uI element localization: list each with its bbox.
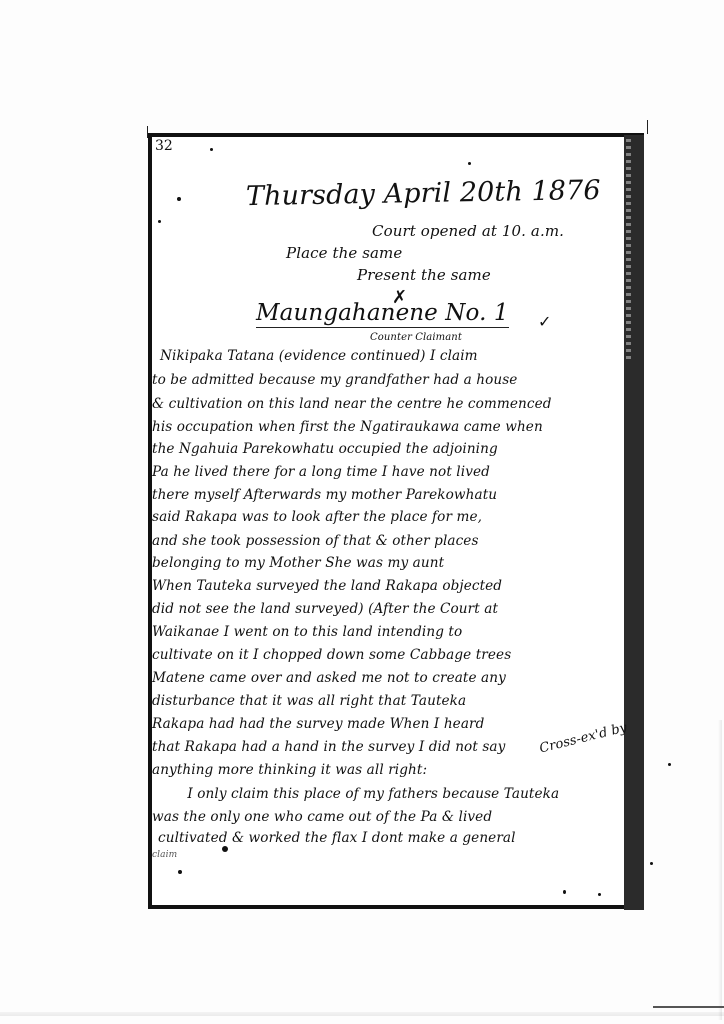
body-line: Pa he lived there for a long time I have… [152, 466, 490, 480]
body-line: that Rakapa had a hand in the survey I d… [152, 741, 505, 755]
body-line: disturbance that it was all right that T… [152, 695, 466, 709]
page-binding-edge [624, 135, 644, 910]
body-line: Waikanae I went on to this land intendin… [152, 626, 462, 640]
body-line: Nikipaka Tatana (evidence continued) I c… [160, 350, 478, 364]
date-heading: Thursday April 20th 1876 [246, 175, 601, 212]
body-line: said Rakapa was to look after the place … [152, 511, 482, 525]
ink-speck [178, 870, 182, 874]
scanned-page: 32 Thursday April 20th 1876 Court opened… [0, 0, 724, 1024]
scan-artifact [0, 1012, 724, 1016]
ink-speck [668, 763, 671, 766]
page-number: 32 [155, 138, 173, 154]
ink-speck [563, 890, 566, 894]
ink-speck [222, 846, 228, 852]
body-line: Matene came over and asked me not to cre… [152, 672, 506, 686]
body-line: When Tauteka surveyed the land Rakapa ob… [152, 580, 502, 594]
ink-speck [210, 148, 213, 151]
block-title: Maungahanene No. 1 [256, 300, 509, 328]
scan-artifact [653, 1006, 724, 1008]
ink-speck [650, 862, 653, 865]
body-line: cultivate on it I chopped down some Cabb… [152, 649, 511, 663]
continuation-word: claim [152, 850, 177, 860]
body-line: cultivated & worked the flax I dont make… [158, 832, 516, 846]
ink-speck [598, 893, 601, 896]
ink-speck [177, 197, 181, 201]
body-line: Rakapa had had the survey made When I he… [152, 718, 484, 732]
counter-claimant-annotation: Counter Claimant [370, 332, 462, 343]
body-line: anything more thinking it was all right: [152, 764, 427, 778]
scan-artifact [647, 120, 648, 134]
body-line: & cultivation on this land near the cent… [152, 398, 552, 412]
place-line: Place the same [286, 244, 402, 262]
scan-artifact [718, 720, 722, 1020]
ink-speck [158, 220, 161, 223]
body-line: there myself Afterwards my mother Pareko… [152, 489, 497, 503]
body-line: I only claim this place of my fathers be… [152, 788, 559, 802]
present-line: Present the same [357, 266, 491, 284]
body-line: the Ngahuia Parekowhatu occupied the adj… [152, 443, 498, 457]
body-line: was the only one who came out of the Pa … [152, 811, 492, 825]
body-line: belonging to my Mother She was my aunt [152, 557, 444, 571]
body-line: did not see the land surveyed) (After th… [152, 603, 498, 617]
court-opened-line: Court opened at 10. a.m. [372, 222, 564, 240]
check-mark-icon: ✓ [538, 312, 552, 331]
body-line: and she took possession of that & other … [152, 535, 479, 549]
body-line: to be admitted because my grandfather ha… [152, 374, 517, 388]
body-line: his occupation when first the Ngatirauka… [152, 421, 543, 435]
ink-speck [468, 162, 471, 165]
